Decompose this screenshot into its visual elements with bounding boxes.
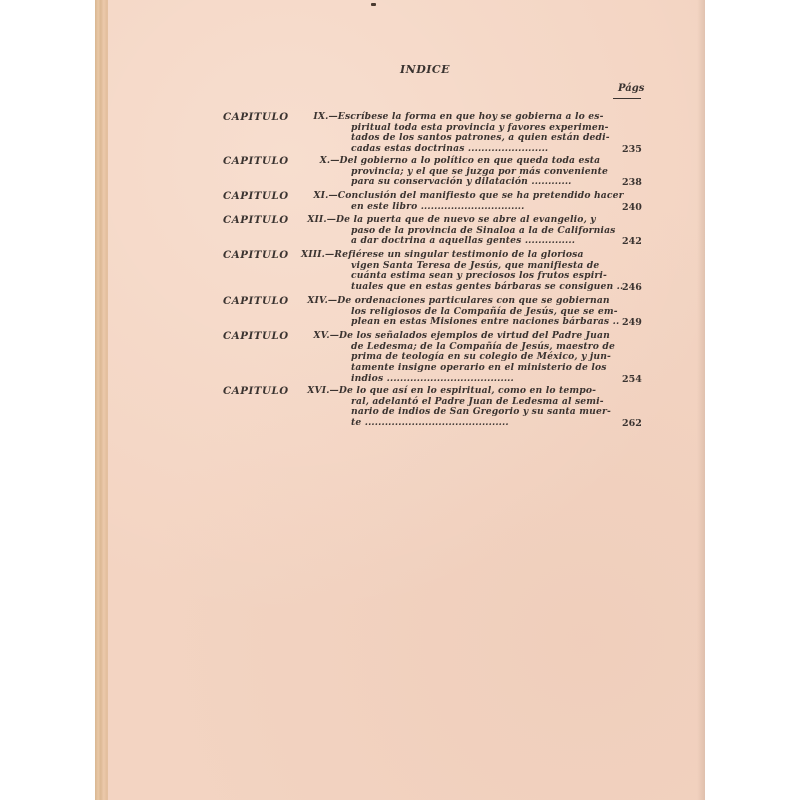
chapter-title: XII.—De la puerta que de nuevo se abre a… (0, 215, 300, 247)
chapter-title: XIII.—Refiérese un singular testimonio d… (0, 250, 300, 293)
page-number: 242 (622, 236, 642, 247)
header-rule (613, 98, 641, 99)
page-number: 249 (622, 317, 642, 328)
ink-mark (371, 3, 376, 6)
page-number: 254 (622, 374, 642, 385)
chapter-title: XIV.—De ordenaciones particulares con qu… (0, 296, 300, 328)
page-title: INDICE (400, 63, 450, 76)
page-number: 238 (622, 177, 642, 188)
chapter-title: X.—Del gobierno a lo político en que que… (0, 156, 300, 188)
page-number: 240 (622, 202, 642, 213)
chapter-title: XVI.—De lo que así en lo espiritual, com… (0, 386, 300, 429)
chapter-title: XI.—Conclusión del manifiesto que se ha … (0, 191, 300, 212)
chapter-title: XV.—De los señalados ejemplos de virtud … (0, 331, 300, 385)
chapter-title: IX.—Escríbese la forma en que hoy se gob… (0, 112, 300, 155)
page-number: 246 (622, 282, 642, 293)
page-column-header: Págs (618, 83, 644, 94)
page-number: 262 (622, 418, 642, 429)
page-number: 235 (622, 144, 642, 155)
